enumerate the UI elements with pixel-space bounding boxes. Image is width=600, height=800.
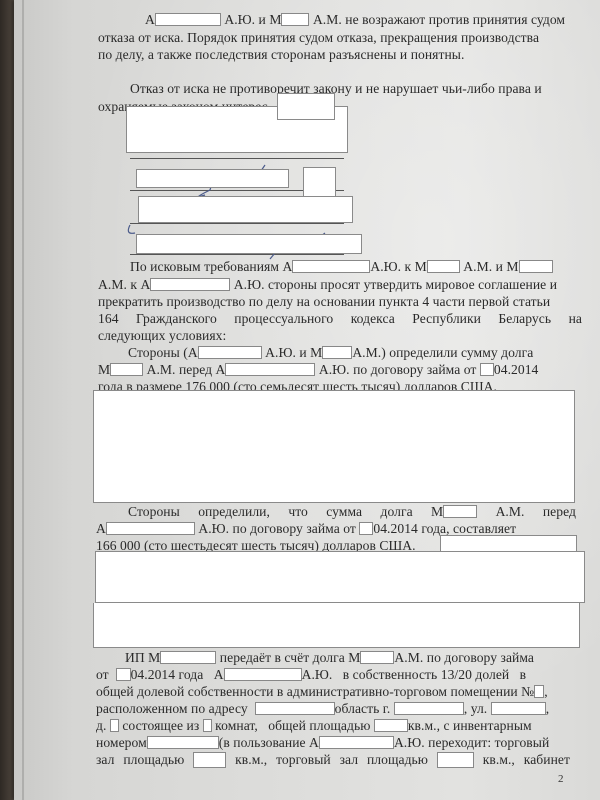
page-number: 2: [558, 773, 564, 785]
redaction-box: [427, 260, 460, 273]
redaction-box: [93, 603, 580, 648]
redaction-box: [277, 93, 335, 120]
redaction-box: [110, 363, 143, 376]
redaction-box: [534, 685, 544, 698]
redaction-box: [136, 169, 289, 188]
para6-line3: общей долевой собственности в администра…: [96, 684, 548, 700]
para6-line1: ИП М передаёт в счёт долга МА.М. по дого…: [125, 650, 534, 666]
para6-line6: номером(в пользование АА.Ю. переходит: т…: [96, 735, 549, 751]
redaction-box: [519, 260, 553, 273]
para1-line2: отказа от иска. Порядок принятия судом о…: [98, 30, 539, 46]
redaction-box: [437, 752, 474, 768]
redaction-box: [322, 346, 352, 359]
redaction-box: [374, 719, 408, 732]
redaction-box: [155, 13, 221, 26]
para5-line1: Стороныопределили,чтосуммадолгаМА.М.пере…: [128, 504, 576, 520]
para6-line2: от 04.2014 года АА.Ю. в собственность 13…: [96, 667, 526, 683]
redaction-box: [359, 522, 373, 535]
redaction-box: [150, 278, 230, 291]
redaction-box: [491, 702, 546, 715]
redaction-box: [480, 363, 494, 376]
redaction-box: [319, 736, 394, 749]
para2-line1: Отказ от иска не противоречит закону и н…: [130, 81, 542, 97]
para3-line3: прекратить производство по делу на основ…: [98, 294, 550, 310]
redaction-box: [255, 702, 335, 715]
para3-line1: По исковым требованиям АА.Ю. к М А.М. и …: [130, 259, 553, 275]
redaction-box: [116, 668, 131, 681]
redaction-box: [136, 234, 362, 254]
redaction-box: [106, 522, 195, 535]
redaction-box: [95, 551, 585, 603]
redaction-box: [292, 260, 370, 273]
para1-line3: по делу, а также последствия сторонам ра…: [98, 47, 464, 63]
redaction-box: [193, 752, 226, 768]
redaction-box: [225, 363, 315, 376]
redaction-box: [160, 651, 216, 664]
redaction-box: [440, 535, 577, 552]
para3-line5: следующих условиях:: [98, 328, 226, 344]
para6-line4: расположенном по адресу область г. , ул.…: [96, 701, 549, 717]
redaction-box: [110, 719, 119, 732]
redaction-box: [360, 651, 394, 664]
redaction-box: [198, 346, 262, 359]
redaction-box: [443, 505, 477, 518]
redaction-box: [93, 390, 575, 503]
page-edge: [22, 0, 24, 800]
para1-line1: А А.Ю. и М А.М. не возражают против прин…: [145, 12, 565, 28]
para3-line4: 164ГражданскогопроцессуальногокодексаРес…: [98, 311, 582, 327]
para3-line2: А.М. к А А.Ю. стороны просят утвердить м…: [98, 277, 557, 293]
para6-line5: д. состоящее из комнат, общей площадью к…: [96, 718, 532, 734]
redaction-box: [138, 196, 353, 223]
redaction-box: [224, 668, 302, 681]
redaction-box: [281, 13, 309, 26]
redaction-box: [147, 736, 219, 749]
para4-line1: Стороны (А А.Ю. и МА.М.) определили сумм…: [128, 345, 533, 361]
redaction-box: [394, 702, 464, 715]
redaction-box: [203, 719, 212, 732]
para6-line7: залплощадьюкв.м.,торговыйзалплощадьюкв.м…: [96, 752, 570, 768]
para4-line2: М А.М. перед А А.Ю. по договору займа от…: [98, 362, 538, 378]
